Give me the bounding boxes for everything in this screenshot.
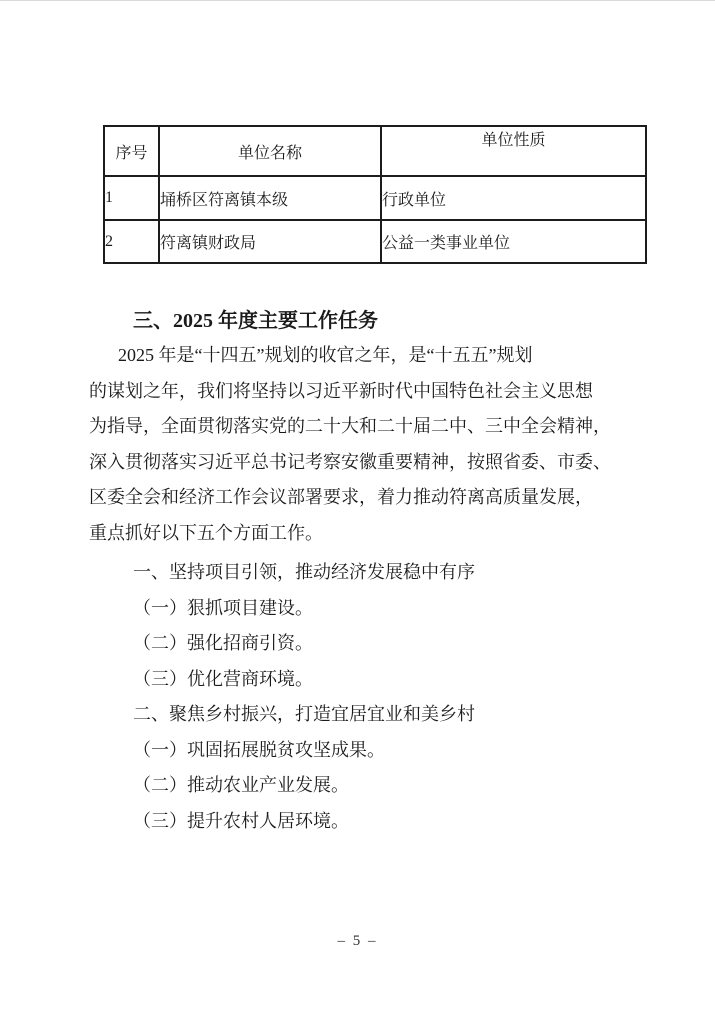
cell-name: 符离镇财政局 (159, 220, 381, 263)
section-heading: 三、2025 年度主要工作任务 (89, 305, 623, 338)
table-header-seq: 序号 (104, 126, 159, 176)
page-number: – 5 – (0, 933, 715, 950)
list-item: （一）巩固拓展脱贫攻坚成果。 (89, 733, 623, 769)
table-header-nature: 单位性质 (381, 126, 646, 176)
list-item: （一）狠抓项目建设。 (89, 591, 623, 627)
cell-nature: 行政单位 (381, 176, 646, 220)
table-header-name: 单位名称 (159, 126, 381, 176)
list-item: （二）推动农业产业发展。 (89, 768, 623, 804)
table-row: 2 符离镇财政局 公益一类事业单位 (104, 220, 646, 263)
list-item: 一、坚持项目引领，推动经济发展稳中有序 (89, 555, 623, 591)
document-page: 序号 单位名称 单位性质 1 埇桥区符离镇本级 行政单位 2 符离镇财政局 公益… (0, 0, 715, 1011)
intro-paragraph: 2025 年是“十四五”规划的收官之年，是“十五五”规划 的谋划之年，我们将坚持… (89, 338, 623, 551)
paragraph-line: 重点抓好以下五个方面工作。 (89, 516, 623, 552)
list-item: （三）提升农村人居环境。 (89, 804, 623, 840)
paragraph-line: 的谋划之年，我们将坚持以习近平新时代中国特色社会主义思想 (89, 374, 623, 410)
cell-nature: 公益一类事业单位 (381, 220, 646, 263)
paragraph-line: 为指导，全面贯彻落实党的二十大和二十届二中、三中全会精神， (89, 409, 623, 445)
cell-seq: 2 (104, 220, 159, 263)
table-row: 1 埇桥区符离镇本级 行政单位 (104, 176, 646, 220)
paragraph-line: 深入贯彻落实习近平总书记考察安徽重要精神，按照省委、市委、 (89, 445, 623, 481)
paragraph-line: 区委全会和经济工作会议部署要求，着力推动符离高质量发展， (89, 480, 623, 516)
paragraph-line: 2025 年是“十四五”规划的收官之年，是“十五五”规划 (89, 338, 623, 374)
units-table: 序号 单位名称 单位性质 1 埇桥区符离镇本级 行政单位 2 符离镇财政局 公益… (103, 125, 647, 264)
list-item: （二）强化招商引资。 (89, 626, 623, 662)
cell-seq: 1 (104, 176, 159, 220)
list-item: 二、聚焦乡村振兴，打造宜居宜业和美乡村 (89, 697, 623, 733)
list-item: （三）优化营商环境。 (89, 662, 623, 698)
page-top-edge (0, 0, 715, 1)
document-body: 三、2025 年度主要工作任务 2025 年是“十四五”规划的收官之年，是“十五… (89, 305, 623, 839)
task-list: 一、坚持项目引领，推动经济发展稳中有序 （一）狠抓项目建设。 （二）强化招商引资… (89, 555, 623, 839)
table-header-row: 序号 单位名称 单位性质 (104, 126, 646, 176)
cell-name: 埇桥区符离镇本级 (159, 176, 381, 220)
